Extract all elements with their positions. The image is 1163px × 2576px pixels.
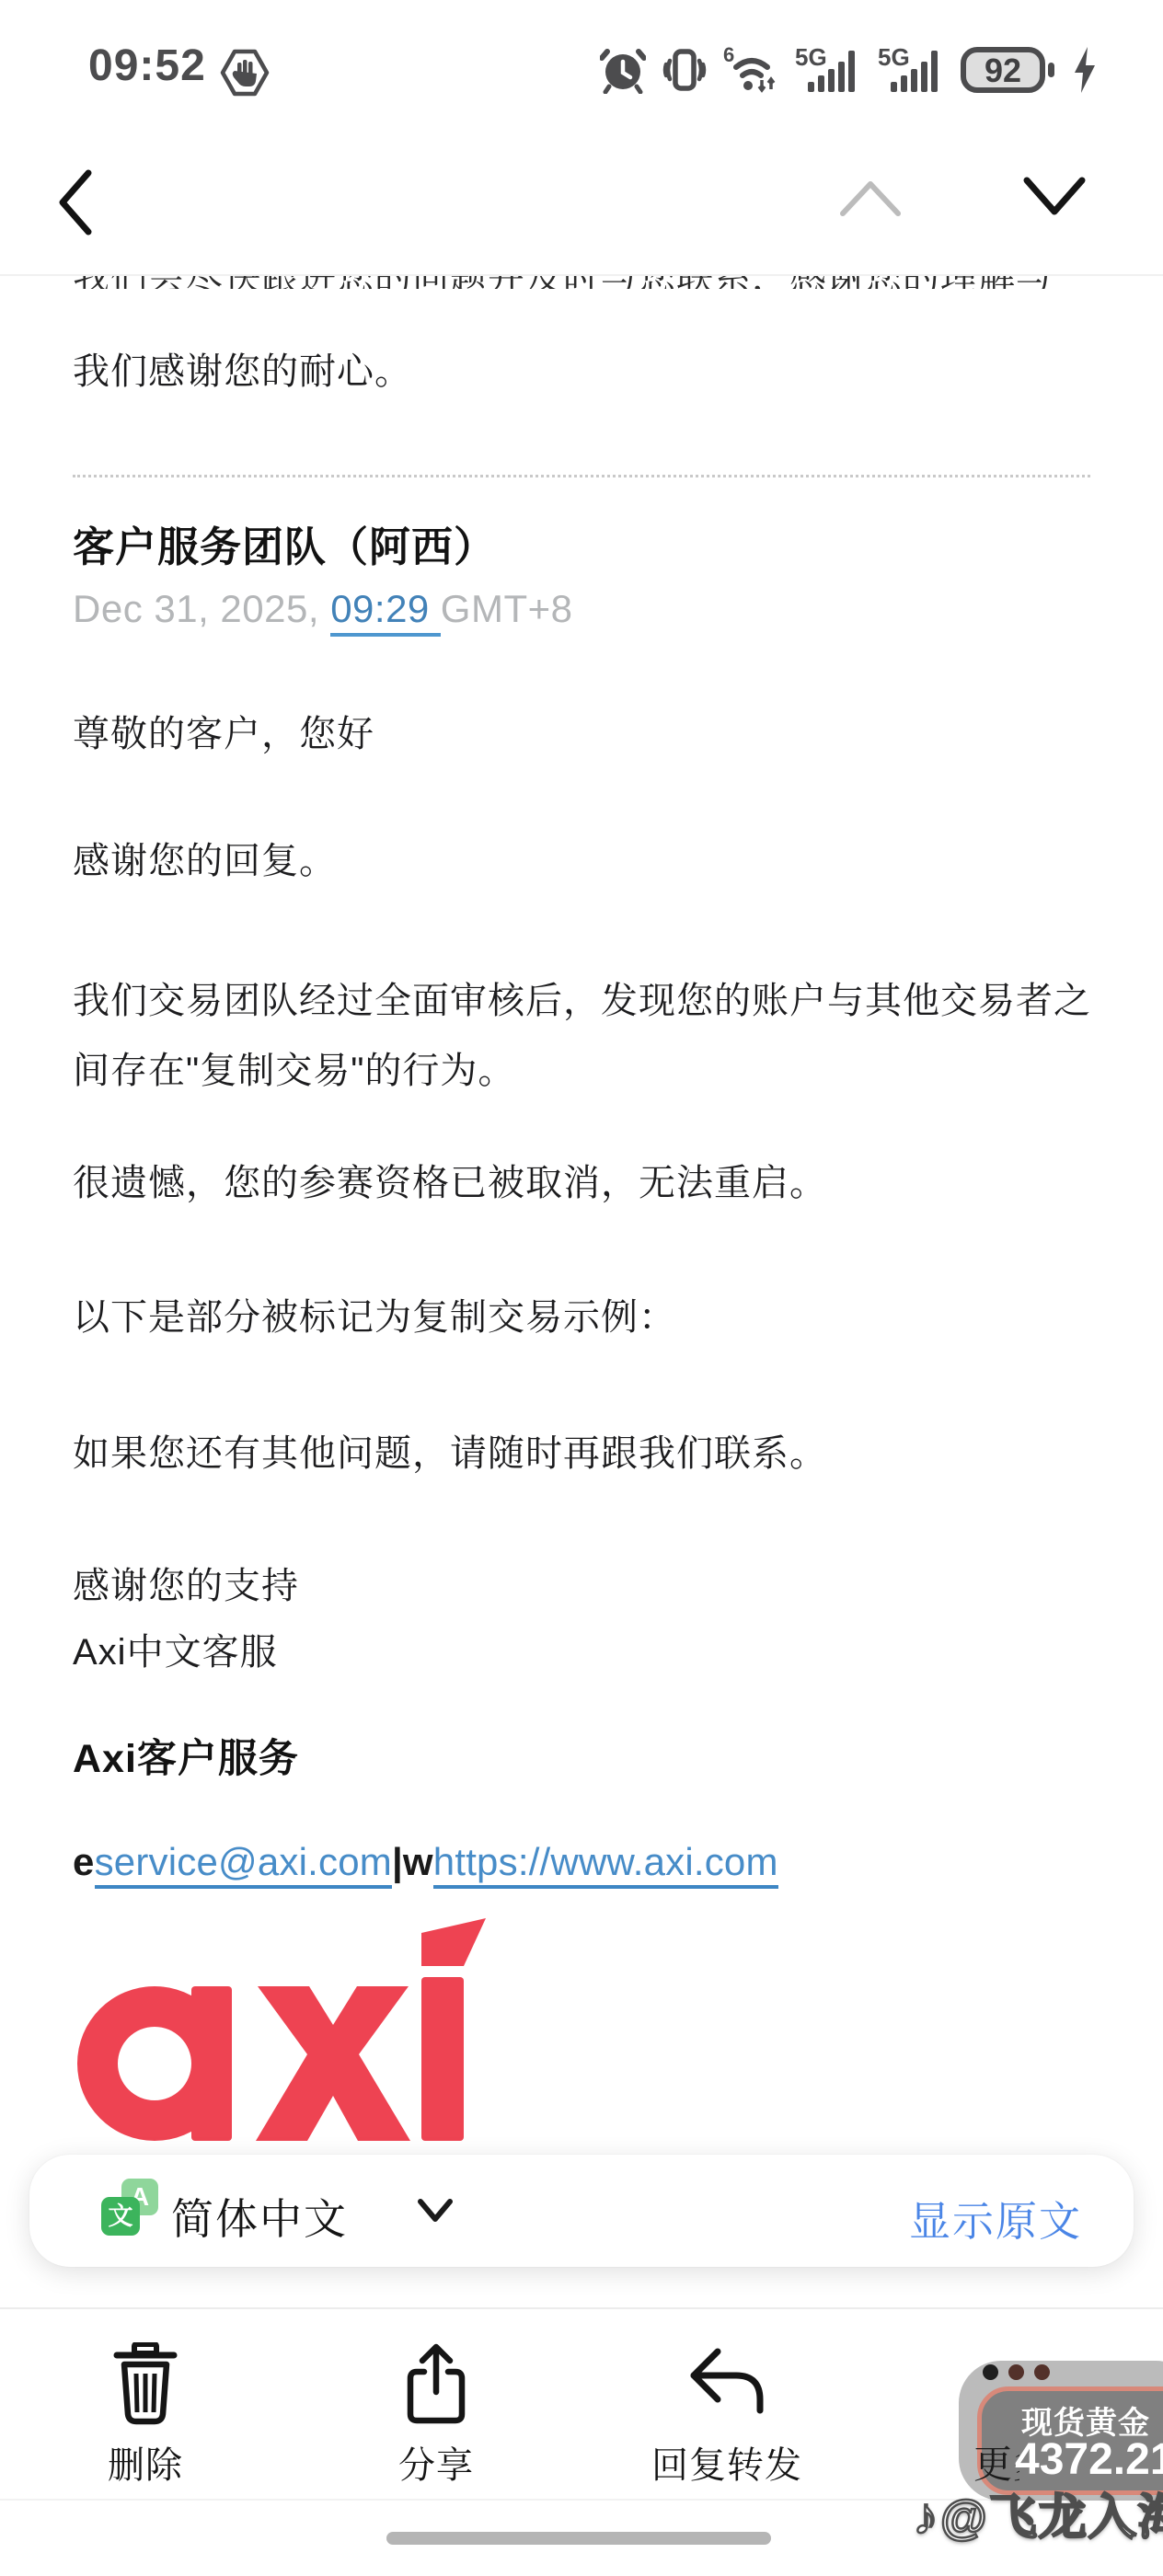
contact-links-line: eservice@axi.com|whttps://www.axi.com <box>73 1840 778 1884</box>
email-nav-bar <box>0 120 1163 276</box>
translate-icon: A 文 <box>101 2179 158 2236</box>
chevron-down-icon[interactable] <box>416 2197 455 2229</box>
more-dots-icon[interactable] <box>983 2364 1050 2380</box>
axi-logo <box>77 1918 510 2153</box>
message-date: Dec 31, 2025, 09:29GMT+8 <box>73 587 573 631</box>
clipped-text-line: 我们会尽快跟进您的问题并及时与您联系，感谢您的理解与支持！ <box>73 276 1048 289</box>
message-divider <box>73 475 1090 477</box>
share-icon <box>397 2342 476 2432</box>
reply-forward-button[interactable]: 回复转发 <box>581 2309 872 2502</box>
more-label-clipped: 更多 <box>973 2434 1019 2482</box>
email-body: 我们会尽快跟进您的问题并及时与您联系，感谢您的理解与支持！ 我们感谢您的耐心。 … <box>0 276 1163 2307</box>
signature-title: Axi客户服务 <box>73 1728 299 1784</box>
show-original-button[interactable]: 显示原文 <box>909 2188 1082 2248</box>
website-link[interactable]: https://www.axi.com <box>433 1840 778 1889</box>
next-mail-button[interactable] <box>1019 173 1089 224</box>
previous-mail-button[interactable] <box>835 177 905 224</box>
charging-bolt-icon <box>1071 45 1099 95</box>
vibrate-icon <box>661 46 708 94</box>
paragraph-thanks-reply: 感谢您的回复。 <box>73 835 337 887</box>
toolbar-label: 回复转发 <box>581 2436 872 2489</box>
share-button[interactable]: 分享 <box>291 2309 581 2502</box>
email-link[interactable]: service@axi.com <box>95 1840 392 1889</box>
svg-text:5G: 5G <box>795 45 827 71</box>
clock-time: 09:52 <box>88 40 206 91</box>
email-reader-screen: 09:52 <box>0 0 1163 2576</box>
paragraph-contact-us: 如果您还有其他问题，请随时再跟我们联系。 <box>73 1428 827 1479</box>
paragraph-disqualified: 很遗憾，您的参赛资格已被取消，无法重启。 <box>73 1157 827 1209</box>
paragraph-examples-intro: 以下是部分被标记为复制交易示例： <box>73 1292 676 1343</box>
reply-arrow-icon <box>683 2342 771 2432</box>
quote-price: 4372.21 <box>1015 2434 1163 2485</box>
svg-text:5G: 5G <box>878 45 910 71</box>
alarm-clock-icon <box>600 46 646 94</box>
toolbar-label: 删除 <box>0 2436 291 2489</box>
time-link[interactable]: 09:29 <box>330 587 441 637</box>
status-icon-cluster: 6 5G 5G <box>600 44 1099 96</box>
paragraph-patience: 我们感谢您的耐心。 <box>73 346 412 397</box>
signal-5g-icon-2: 5G <box>878 45 946 95</box>
svg-text:92: 92 <box>985 52 1021 89</box>
sender-name: 客户服务团队（阿西） <box>73 513 496 573</box>
paragraph-greeting: 尊敬的客户，您好 <box>73 708 374 760</box>
status-bar: 09:52 <box>0 0 1163 120</box>
paragraph-review-result: 我们交易团队经过全面审核后，发现您的账户与其他交易者之间存在"复制交易"的行为。 <box>73 966 1096 1106</box>
toolbar-label: 分享 <box>291 2436 581 2489</box>
do-not-disturb-hand-icon <box>219 48 271 102</box>
paragraph-signoff: 感谢您的支持 Axi中文客服 <box>73 1553 299 1685</box>
trash-icon <box>106 2342 185 2432</box>
watermark: ♪@飞龙入海 <box>913 2478 1163 2547</box>
language-selector[interactable]: 简体中文 <box>171 2186 348 2247</box>
battery-icon: 92 <box>961 44 1056 96</box>
delete-button[interactable]: 删除 <box>0 2309 291 2502</box>
music-note-icon: ♪ <box>913 2487 940 2545</box>
signal-5g-icon-1: 5G <box>795 45 863 95</box>
translation-bar: A 文 简体中文 显示原文 <box>29 2155 1134 2267</box>
svg-text:6: 6 <box>723 45 734 66</box>
back-button[interactable] <box>53 167 96 242</box>
wifi6-icon: 6 <box>723 45 780 95</box>
home-indicator[interactable] <box>386 2532 771 2545</box>
